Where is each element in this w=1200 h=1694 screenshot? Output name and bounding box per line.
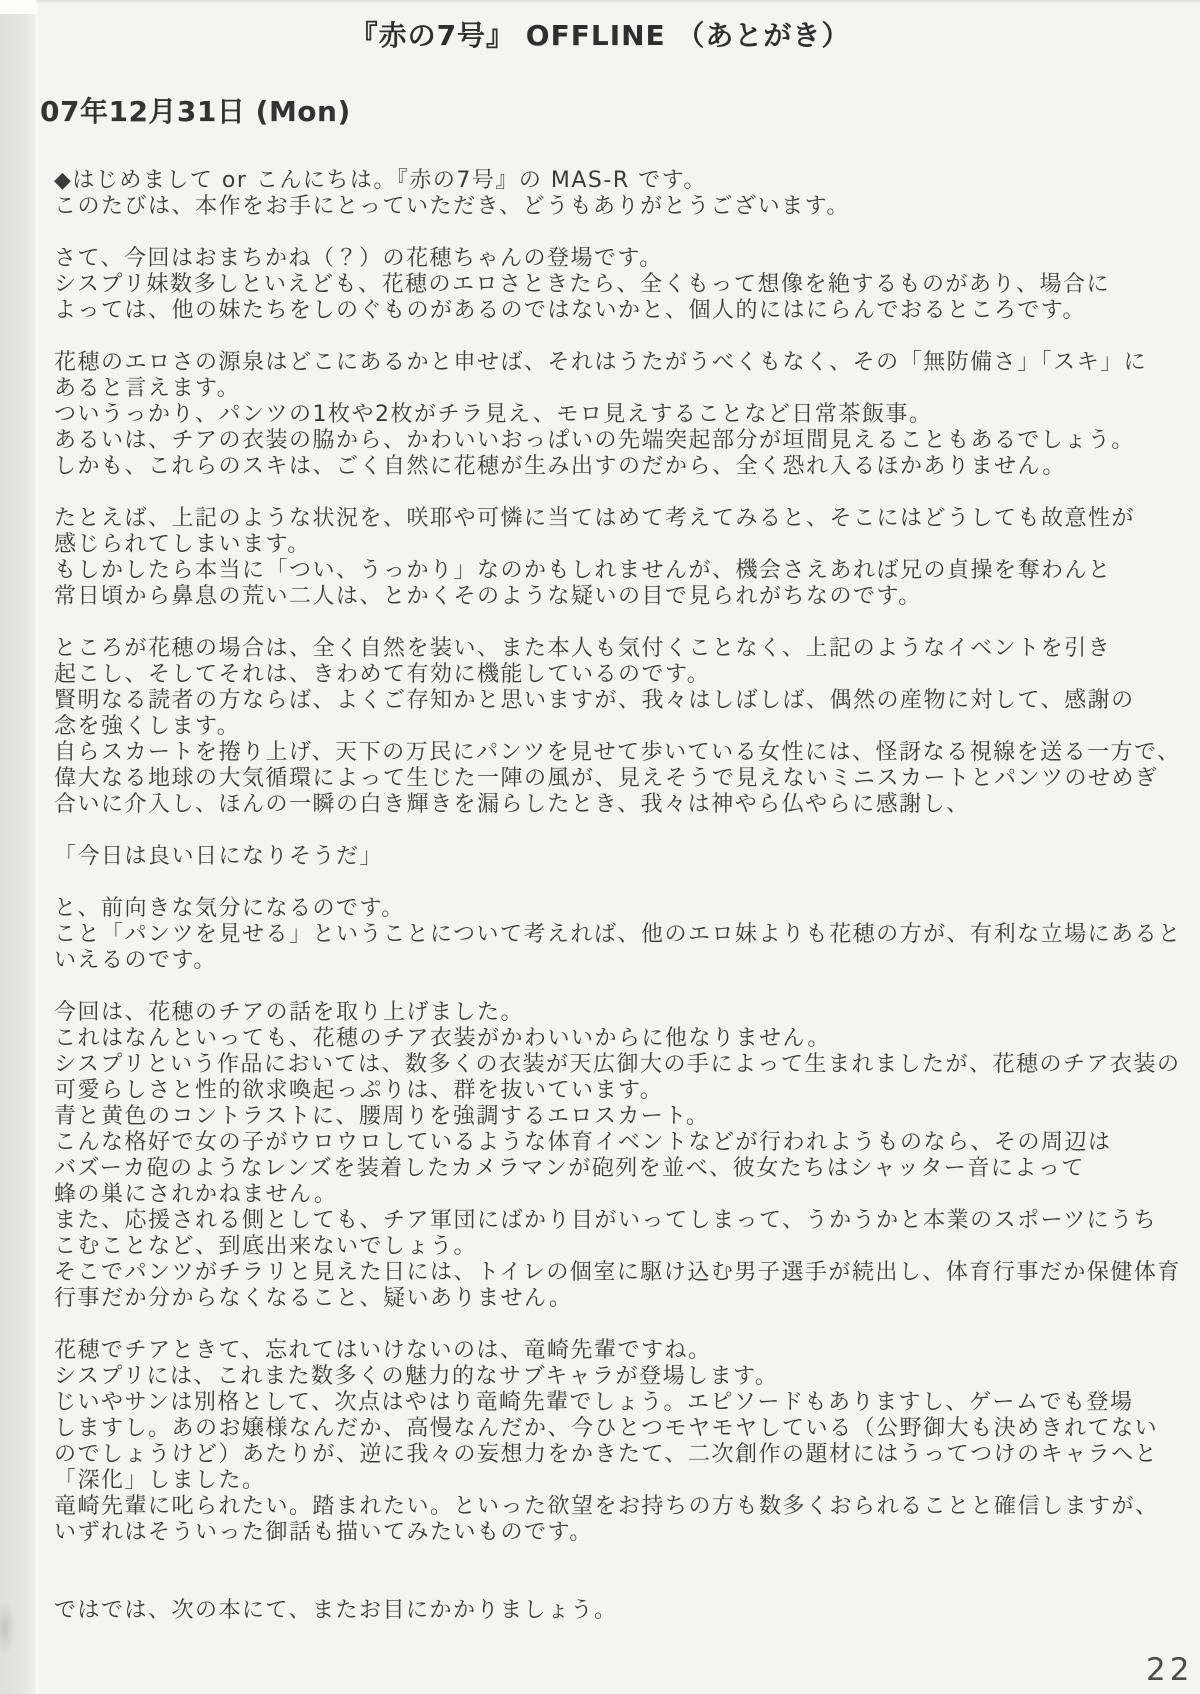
body-line bbox=[54, 480, 1170, 506]
body-line: 青と黄色のコントラストに、腰周りを強調するエロスカート。 bbox=[54, 1104, 1170, 1130]
body-line: 竜崎先輩に叱られたい。踏まれたい。といった欲望をお持ちの方も数多くおられることと… bbox=[54, 1494, 1170, 1520]
body-line: シスプリ妹数多しといえども、花穂のエロさときたら、全くもって想像を絶するものがあ… bbox=[54, 272, 1170, 298]
body-line: 念を強くします。 bbox=[54, 714, 1170, 740]
body-line: と、前向きな気分になるのです。 bbox=[54, 896, 1170, 922]
scan-page: 『赤の7号』 OFFLINE （あとがき） 07年12月31日 (Mon) ◆は… bbox=[0, 0, 1200, 1694]
page-title: 『赤の7号』 OFFLINE （あとがき） bbox=[0, 14, 1200, 54]
body-line: そこでパンツがチラリと見えた日には、トイレの個室に駆け込む男子選手が続出し、体育… bbox=[54, 1260, 1170, 1286]
body-line: しますし。あのお嬢様なんだか、高慢なんだか、今ひとつモヤモヤしている（公野御大も… bbox=[54, 1416, 1170, 1442]
body-line: しかも、これらのスキは、ごく自然に花穂が生み出すのだから、全く恐れ入るほかありま… bbox=[54, 454, 1170, 480]
body-line: 「今日は良い日になりそうだ」 bbox=[54, 844, 1170, 870]
body-line: いえるのです。 bbox=[54, 948, 1170, 974]
body-line: よっては、他の妹たちをしのぐものがあるのではないかと、個人的にはにらんでおるとこ… bbox=[54, 298, 1170, 324]
scan-corner-notch bbox=[0, 0, 36, 14]
body-line: 今回は、花穂のチアの話を取り上げました。 bbox=[54, 1000, 1170, 1026]
body-line: 自らスカートを捲り上げ、天下の万民にパンツを見せて歩いている女性には、怪訝なる視… bbox=[54, 740, 1170, 766]
body-line: 合いに介入し、ほんの一瞬の白き輝きを漏らしたとき、我々は神やら仏やらに感謝し、 bbox=[54, 792, 1170, 818]
body-line: じいやサンは別格として、次点はやはり竜崎先輩でしょう。エピソードもありますし、ゲ… bbox=[54, 1390, 1170, 1416]
body-line bbox=[54, 610, 1170, 636]
body-line: いずれはそういった御話も描いてみたいものです。 bbox=[54, 1520, 1170, 1546]
body-line bbox=[54, 1572, 1170, 1598]
body-line bbox=[54, 818, 1170, 844]
body-line: さて、今回はおまちかね（？）の花穂ちゃんの登場です。 bbox=[54, 246, 1170, 272]
body-line bbox=[54, 324, 1170, 350]
body-line bbox=[54, 1312, 1170, 1338]
body-line: ところが花穂の場合は、全く自然を装い、また本人も気付くことなく、上記のようなイベ… bbox=[54, 636, 1170, 662]
body-line bbox=[54, 870, 1170, 896]
body-line: 偉大なる地球の大気循環によって生じた一陣の風が、見えそうで見えないミニスカートと… bbox=[54, 766, 1170, 792]
body-line: 行事だか分からなくなること、疑いありません。 bbox=[54, 1286, 1170, 1312]
page-number: 22 bbox=[1146, 1652, 1193, 1688]
body-line bbox=[54, 974, 1170, 1000]
body-line: 花穂でチアときて、忘れてはいけないのは、竜崎先輩ですね。 bbox=[54, 1338, 1170, 1364]
body-line: 賢明なる読者の方ならば、よくご存知かと思いますが、我々はしばしば、偶然の産物に対… bbox=[54, 688, 1170, 714]
body-line: ではでは、次の本にて、またお目にかかりましょう。 bbox=[54, 1598, 1170, 1624]
body-line: のでしょうけど）あたりが、逆に我々の妄想力をかきたて、二次創作の題材にはうってつ… bbox=[54, 1442, 1170, 1468]
body-line bbox=[54, 1546, 1170, 1572]
afterword-body: ◆はじめまして or こんにちは。『赤の7号』の MAS-R です。このたびは、… bbox=[54, 168, 1170, 1624]
body-line: 花穂のエロさの源泉はどこにあるかと申せば、それはうたがうべくもなく、その「無防備… bbox=[54, 350, 1170, 376]
body-line: このたびは、本作をお手にとっていただき、どうもありがとうございます。 bbox=[54, 194, 1170, 220]
body-line bbox=[54, 220, 1170, 246]
body-line: バズーカ砲のようなレンズを装着したカメラマンが砲列を並べ、彼女たちはシャッター音… bbox=[54, 1156, 1170, 1182]
body-line: 可愛らしさと性的欲求喚起っぷりは、群を抜いています。 bbox=[54, 1078, 1170, 1104]
body-line: ◆はじめまして or こんにちは。『赤の7号』の MAS-R です。 bbox=[54, 168, 1170, 194]
scan-top-edge bbox=[36, 0, 1200, 4]
date-heading: 07年12月31日 (Mon) bbox=[40, 90, 351, 130]
body-line: 起こし、そしてそれは、きわめて有効に機能しているのです。 bbox=[54, 662, 1170, 688]
body-line: ついうっかり、パンツの1枚や2枚がチラ見え、モロ見えすることなど日常茶飯事。 bbox=[54, 402, 1170, 428]
body-line: 「深化」しました。 bbox=[54, 1468, 1170, 1494]
body-line: たとえば、上記のような状況を、咲耶や可憐に当てはめて考えてみると、そこにはどうし… bbox=[54, 506, 1170, 532]
body-line: シスプリという作品においては、数多くの衣装が天広御大の手によって生まれましたが、… bbox=[54, 1052, 1170, 1078]
body-line: また、応援される側としても、チア軍団にばかり目がいってしまって、うかうかと本業の… bbox=[54, 1208, 1170, 1234]
body-line: シスプリには、これまた数多くの魅力的なサブキャラが登場します。 bbox=[54, 1364, 1170, 1390]
body-line: 蜂の巣にされかねません。 bbox=[54, 1182, 1170, 1208]
scan-left-margin bbox=[0, 0, 38, 1694]
body-line: 感じられてしまいます。 bbox=[54, 532, 1170, 558]
body-line: こと「パンツを見せる」ということについて考えれば、他のエロ妹よりも花穂の方が、有… bbox=[54, 922, 1170, 948]
body-line: これはなんといっても、花穂のチア衣装がかわいいからに他なりません。 bbox=[54, 1026, 1170, 1052]
body-line: こむことなど、到底出来ないでしょう。 bbox=[54, 1234, 1170, 1260]
body-line: こんな格好で女の子がウロウロしているような体育イベントなどが行われようものなら、… bbox=[54, 1130, 1170, 1156]
body-line: もしかしたら本当に「つい、うっかり」なのかもしれませんが、機会さえあれば兄の貞操… bbox=[54, 558, 1170, 584]
body-line: あるいは、チアの衣装の脇から、かわいいおっぱいの先端突起部分が垣間見えることもあ… bbox=[54, 428, 1170, 454]
scan-smudge bbox=[0, 1600, 16, 1655]
body-line: 常日頃から鼻息の荒い二人は、とかくそのような疑いの目で見られがちなのです。 bbox=[54, 584, 1170, 610]
body-line: あると言えます。 bbox=[54, 376, 1170, 402]
